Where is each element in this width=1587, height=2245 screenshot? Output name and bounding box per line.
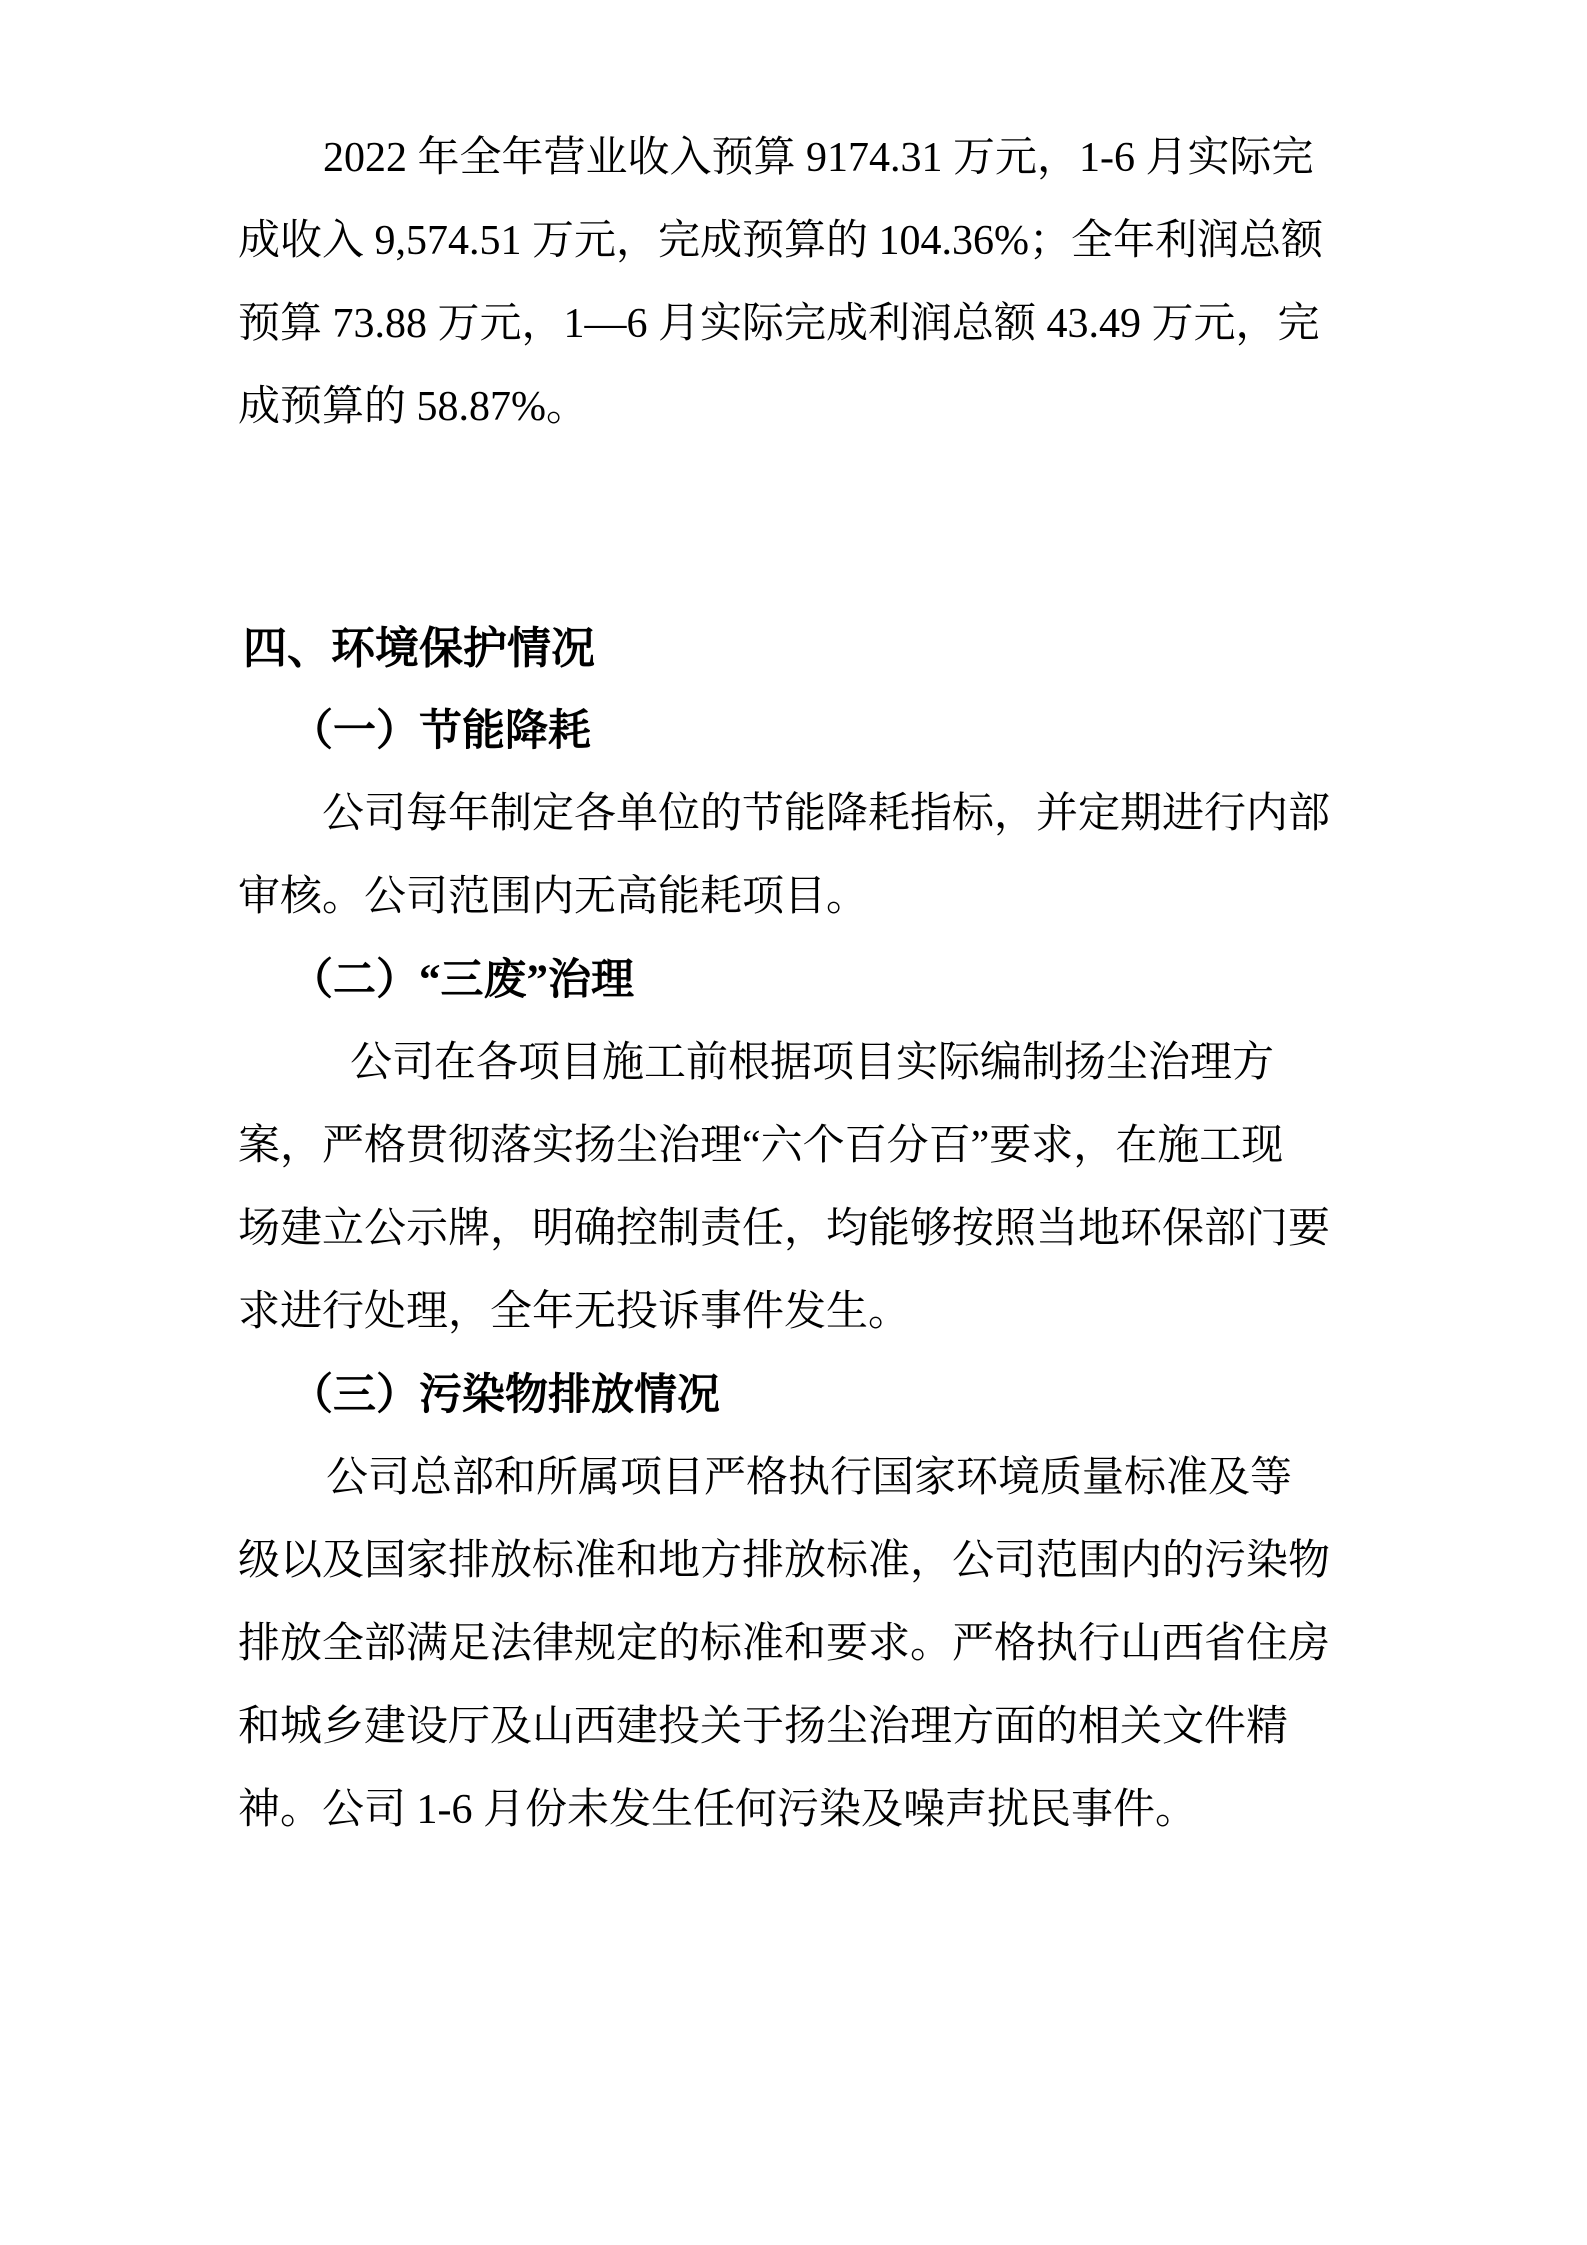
subsection-1-heading: （一）节能降耗 <box>238 690 1348 773</box>
document-content: 2022 年全年营业收入预算 9174.31 万元，1-6 月实际完成收入 9,… <box>238 117 1348 1852</box>
text-line: 求进行处理，全年无投诉事件发生。 <box>238 1271 1348 1354</box>
text-line: 和城乡建设厅及山西建投关于扬尘治理方面的相关文件精 <box>238 1686 1348 1769</box>
text-line: （一）节能降耗 <box>238 690 1348 773</box>
text-line: 2022 年全年营业收入预算 9174.31 万元，1-6 月实际完 <box>238 117 1348 200</box>
text-line: 场建立公示牌，明确控制责任，均能够按照当地环保部门要 <box>238 1188 1348 1271</box>
energy-saving-paragraph: 公司每年制定各单位的节能降耗指标，并定期进行内部审核。公司范围内无高能耗项目。 <box>238 773 1348 939</box>
text-line: 级以及国家排放标准和地方排放标准，公司范围内的污染物 <box>238 1520 1348 1603</box>
text-line: 神。公司 1-6 月份未发生任何污染及噪声扰民事件。 <box>238 1769 1348 1852</box>
text-line: 公司在各项目施工前根据项目实际编制扬尘治理方 <box>238 1022 1348 1105</box>
text-line: 四、环境保护情况 <box>238 607 1348 690</box>
document-page: 2022 年全年营业收入预算 9174.31 万元，1-6 月实际完成收入 9,… <box>0 0 1587 2245</box>
three-wastes-paragraph: 公司在各项目施工前根据项目实际编制扬尘治理方案，严格贯彻落实扬尘治理“六个百分百… <box>238 1022 1348 1354</box>
budget-performance-paragraph: 2022 年全年营业收入预算 9174.31 万元，1-6 月实际完成收入 9,… <box>238 117 1348 449</box>
text-line: 预算 73.88 万元，1—6 月实际完成利润总额 43.49 万元，完 <box>238 283 1348 366</box>
text-line: （三）污染物排放情况 <box>238 1354 1348 1437</box>
subsection-2-heading: （二）“三废”治理 <box>238 939 1348 1022</box>
text-line: 排放全部满足法律规定的标准和要求。严格执行山西省住房 <box>238 1603 1348 1686</box>
text-line: 公司每年制定各单位的节能降耗指标，并定期进行内部 <box>238 773 1348 856</box>
pollutant-discharge-paragraph: 公司总部和所属项目严格执行国家环境质量标准及等级以及国家排放标准和地方排放标准，… <box>238 1437 1348 1852</box>
section-4-heading: 四、环境保护情况 <box>238 607 1348 690</box>
text-line: 成预算的 58.87%。 <box>238 366 1348 449</box>
text-line: （二）“三废”治理 <box>238 939 1348 1022</box>
text-line: 案，严格贯彻落实扬尘治理“六个百分百”要求，在施工现 <box>238 1105 1348 1188</box>
subsection-3-heading: （三）污染物排放情况 <box>238 1354 1348 1437</box>
text-line: 审核。公司范围内无高能耗项目。 <box>238 856 1348 939</box>
text-line: 成收入 9,574.51 万元，完成预算的 104.36%；全年利润总额 <box>238 200 1348 283</box>
text-line: 公司总部和所属项目严格执行国家环境质量标准及等 <box>238 1437 1348 1520</box>
